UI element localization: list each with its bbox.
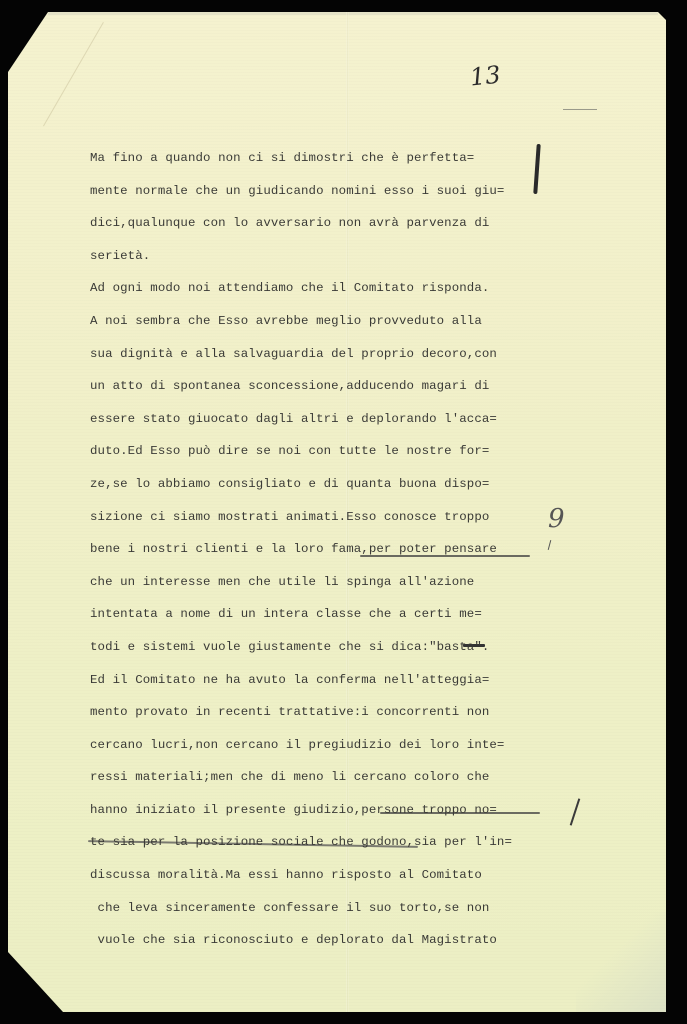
text-line: che un interesse men che utile li spinga… — [90, 566, 650, 599]
text-line: intentata a nome di un intera classe che… — [90, 598, 650, 631]
paper-sheet: 13 9 Ma fino a quando non ci si dimostri… — [8, 12, 666, 1012]
text-line: ze,se lo abbiamo consigliato e di quanta… — [90, 468, 650, 501]
text-line: che leva sinceramente confessare il suo … — [90, 892, 650, 925]
text-line: Ma fino a quando non ci si dimostri che … — [90, 142, 650, 175]
text-line: serietà. — [90, 240, 650, 273]
text-line: ressi materiali;men che di meno li cerca… — [90, 761, 650, 794]
paper-crease — [43, 22, 104, 126]
text-line: sizione ci siamo mostrati animati.Esso c… — [90, 501, 650, 534]
text-line: essere stato giuocato dagli altri e depl… — [90, 403, 650, 436]
text-line: dici,qualunque con lo avversario non avr… — [90, 207, 650, 240]
scanned-document: 13 9 Ma fino a quando non ci si dimostri… — [0, 0, 687, 1024]
text-line: hanno iniziato il presente giudizio,pers… — [90, 794, 650, 827]
text-line: un atto di spontanea sconcessione,adduce… — [90, 370, 650, 403]
text-line: discussa moralità.Ma essi hanno risposto… — [90, 859, 650, 892]
text-line: sua dignità e alla salvaguardia del prop… — [90, 338, 650, 371]
text-line: todi e sistemi vuole giustamente che si … — [90, 631, 650, 664]
typewritten-body: Ma fino a quando non ci si dimostri che … — [90, 142, 650, 957]
text-line: mento provato in recenti trattative:i co… — [90, 696, 650, 729]
text-line: bene i nostri clienti e la loro fama,per… — [90, 533, 650, 566]
text-line: cercano lucri,non cercano il pregiudizio… — [90, 729, 650, 762]
text-line: A noi sembra che Esso avrebbe meglio pro… — [90, 305, 650, 338]
text-line: Ed il Comitato ne ha avuto la conferma n… — [90, 664, 650, 697]
pencil-dash-mark — [563, 109, 597, 110]
text-line: te sia per la posizione sociale che godo… — [90, 826, 650, 859]
text-line: vuole che sia riconosciuto e deplorato d… — [90, 924, 650, 957]
text-line: mente normale che un giudicando nomini e… — [90, 175, 650, 208]
paper-top-edge — [48, 12, 658, 15]
text-line: Ad ogni modo noi attendiamo che il Comit… — [90, 272, 650, 305]
handwritten-page-number: 13 — [469, 60, 502, 91]
text-line: duto.Ed Esso può dire se noi con tutte l… — [90, 435, 650, 468]
